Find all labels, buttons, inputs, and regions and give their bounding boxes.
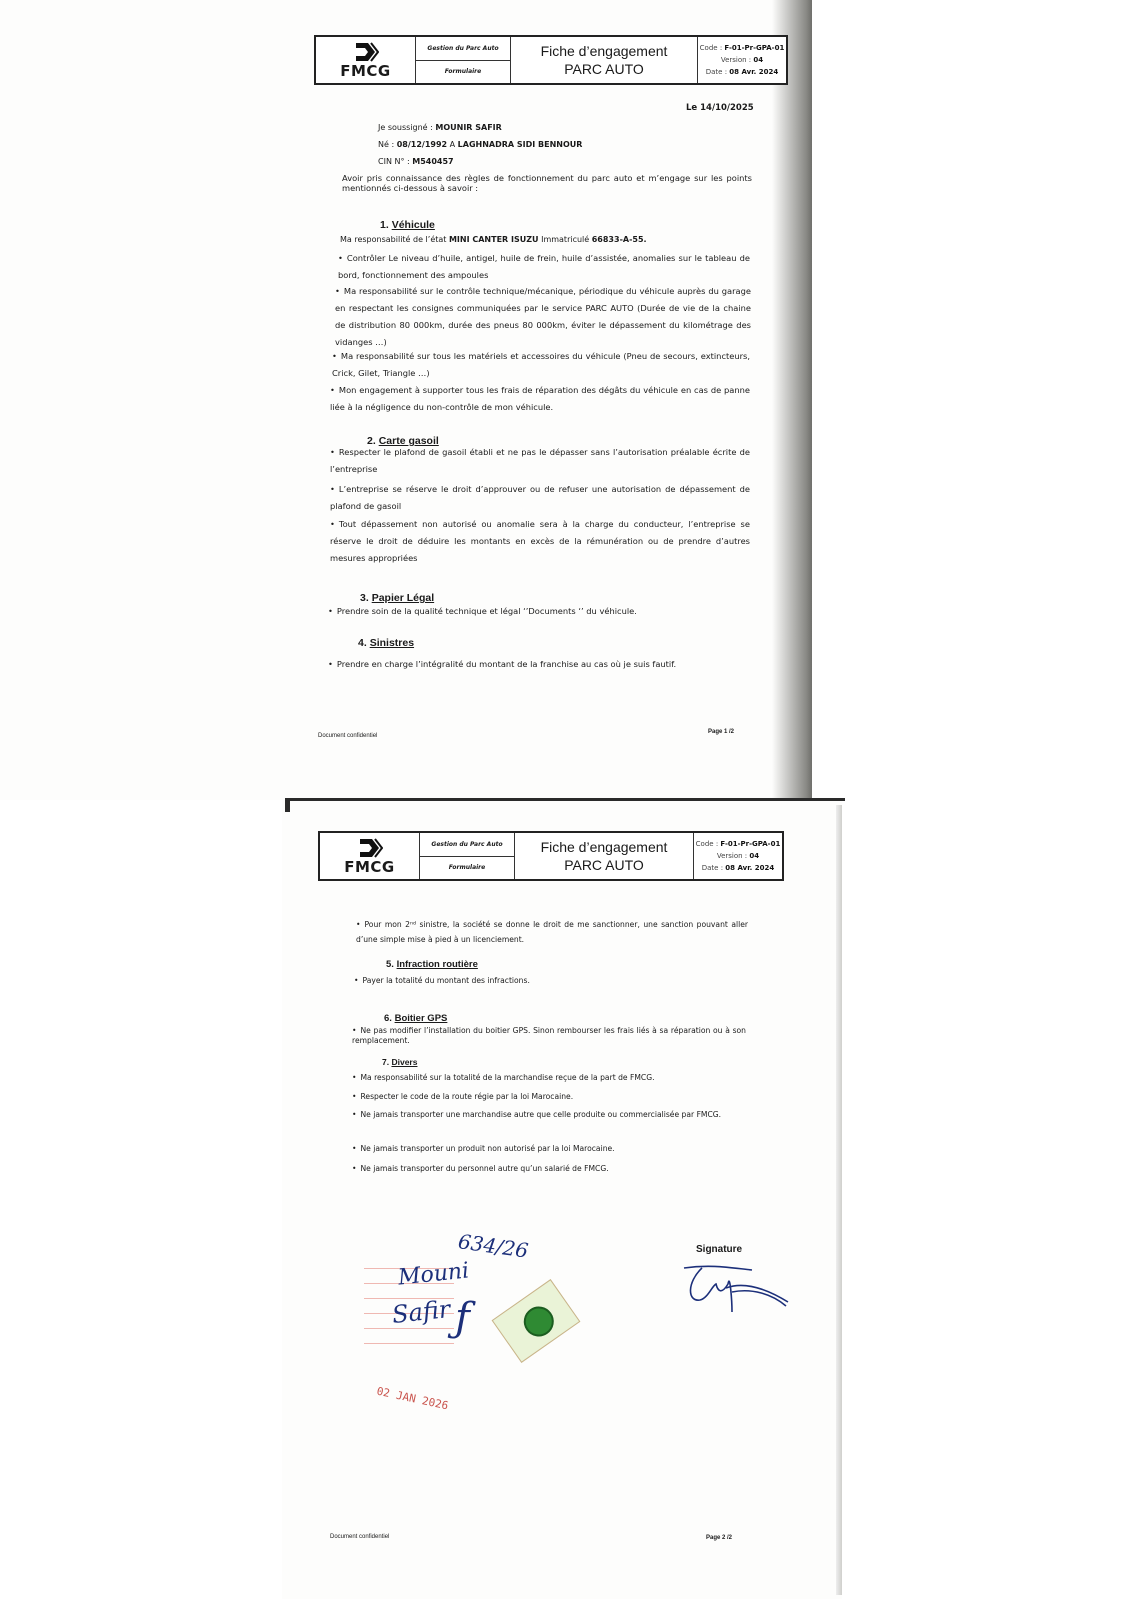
list-item: Pour mon 2ⁿᵈ sinistre, la société se don…	[356, 917, 748, 947]
department-label: Gestion du Parc Auto	[416, 37, 510, 61]
section-heading-gps: 6. Boitier GPS	[384, 1013, 447, 1024]
footer-confidential: Document confidentiel	[318, 733, 377, 739]
footer-confidential: Document confidentiel	[330, 1534, 389, 1540]
department-label: Gestion du Parc Auto	[420, 833, 514, 857]
list-item: Respecter le code de la route régie par …	[352, 1088, 746, 1105]
doc-codes: Code : F-01-Pr-GPA-01 Version : 04 Date …	[698, 37, 786, 83]
section-heading-sinistres: 4. Sinistres	[358, 637, 414, 649]
cin-line: CIN N° : M540457	[378, 153, 454, 170]
doc-codes: Code : F-01-Pr-GPA-01 Version : 04 Date …	[694, 833, 782, 879]
vehicle-lead: Ma responsabilité de l’état MINI CANTER …	[340, 231, 647, 248]
list-item: Respecter le plafond de gasoil établi et…	[330, 444, 750, 478]
seal-icon	[518, 1301, 560, 1343]
list-item: Ne jamais transporter un produit non aut…	[352, 1140, 746, 1157]
section-heading-divers: 7. Divers	[382, 1057, 417, 1067]
doc-title: Fiche d’engagement PARC AUTO	[511, 37, 698, 83]
document-date: Le 14/10/2025	[686, 100, 754, 117]
list-item: Prendre en charge l’intégralité du monta…	[328, 656, 748, 673]
list-item: Prendre soin de la qualité technique et …	[328, 603, 748, 620]
fmcg-arrow-icon	[353, 41, 379, 63]
birth-line: Né : 08/12/1992 A LAGHNADRA SIDI BENNOUR	[378, 136, 582, 153]
list-item: Ne jamais transporter du personnel autre…	[352, 1160, 746, 1177]
doc-type-label: Formulaire	[420, 857, 514, 880]
handwritten-initial: ƒ	[455, 1295, 470, 1341]
section-heading-infraction: 5. Infraction routière	[386, 959, 478, 970]
list-item: Ma responsabilité sur tous les matériels…	[332, 348, 750, 382]
page-edge-shadow	[836, 805, 842, 1595]
list-item: Ma responsabilité sur le contrôle techni…	[335, 283, 751, 351]
page-number: Page 1 /2	[708, 729, 734, 735]
header-table: FMCG Gestion du Parc Auto Formulaire Fic…	[318, 831, 784, 881]
fmcg-arrow-icon	[357, 837, 383, 859]
list-item: Payer la totalité du montant des infract…	[354, 972, 746, 989]
list-item: Tout dépassement non autorisé ou anomali…	[330, 516, 750, 567]
list-item: Ma responsabilité sur la totalité de la …	[352, 1069, 746, 1086]
page-corner	[285, 798, 290, 812]
soussigne-line: Je soussigné : MOUNIR SAFIR	[378, 119, 502, 136]
list-item: Contrôler Le niveau d’huile, antigel, hu…	[338, 250, 750, 284]
list-item: L’entreprise se réserve le droit d’appro…	[330, 481, 750, 515]
page-edge	[285, 798, 845, 801]
list-item: Mon engagement à supporter tous les frai…	[330, 382, 750, 416]
section-heading-vehicule: 1. Véhicule	[380, 219, 435, 231]
header-table: FMCG Gestion du Parc Auto Formulaire Fic…	[314, 35, 788, 85]
list-item: Ne jamais transporter une marchandise au…	[352, 1110, 746, 1120]
company-logo: FMCG	[320, 833, 420, 879]
list-item: Ne pas modifier l’installation du boitie…	[352, 1026, 746, 1046]
doc-type-label: Formulaire	[416, 61, 510, 84]
page-number: Page 2 /2	[706, 1535, 732, 1541]
intro-paragraph: Avoir pris connaissance des règles de fo…	[342, 173, 752, 193]
doc-title: Fiche d’engagement PARC AUTO	[515, 833, 694, 879]
signature-scribble	[682, 1262, 792, 1322]
signature-label: Signature	[696, 1241, 742, 1258]
company-logo: FMCG	[316, 37, 416, 83]
